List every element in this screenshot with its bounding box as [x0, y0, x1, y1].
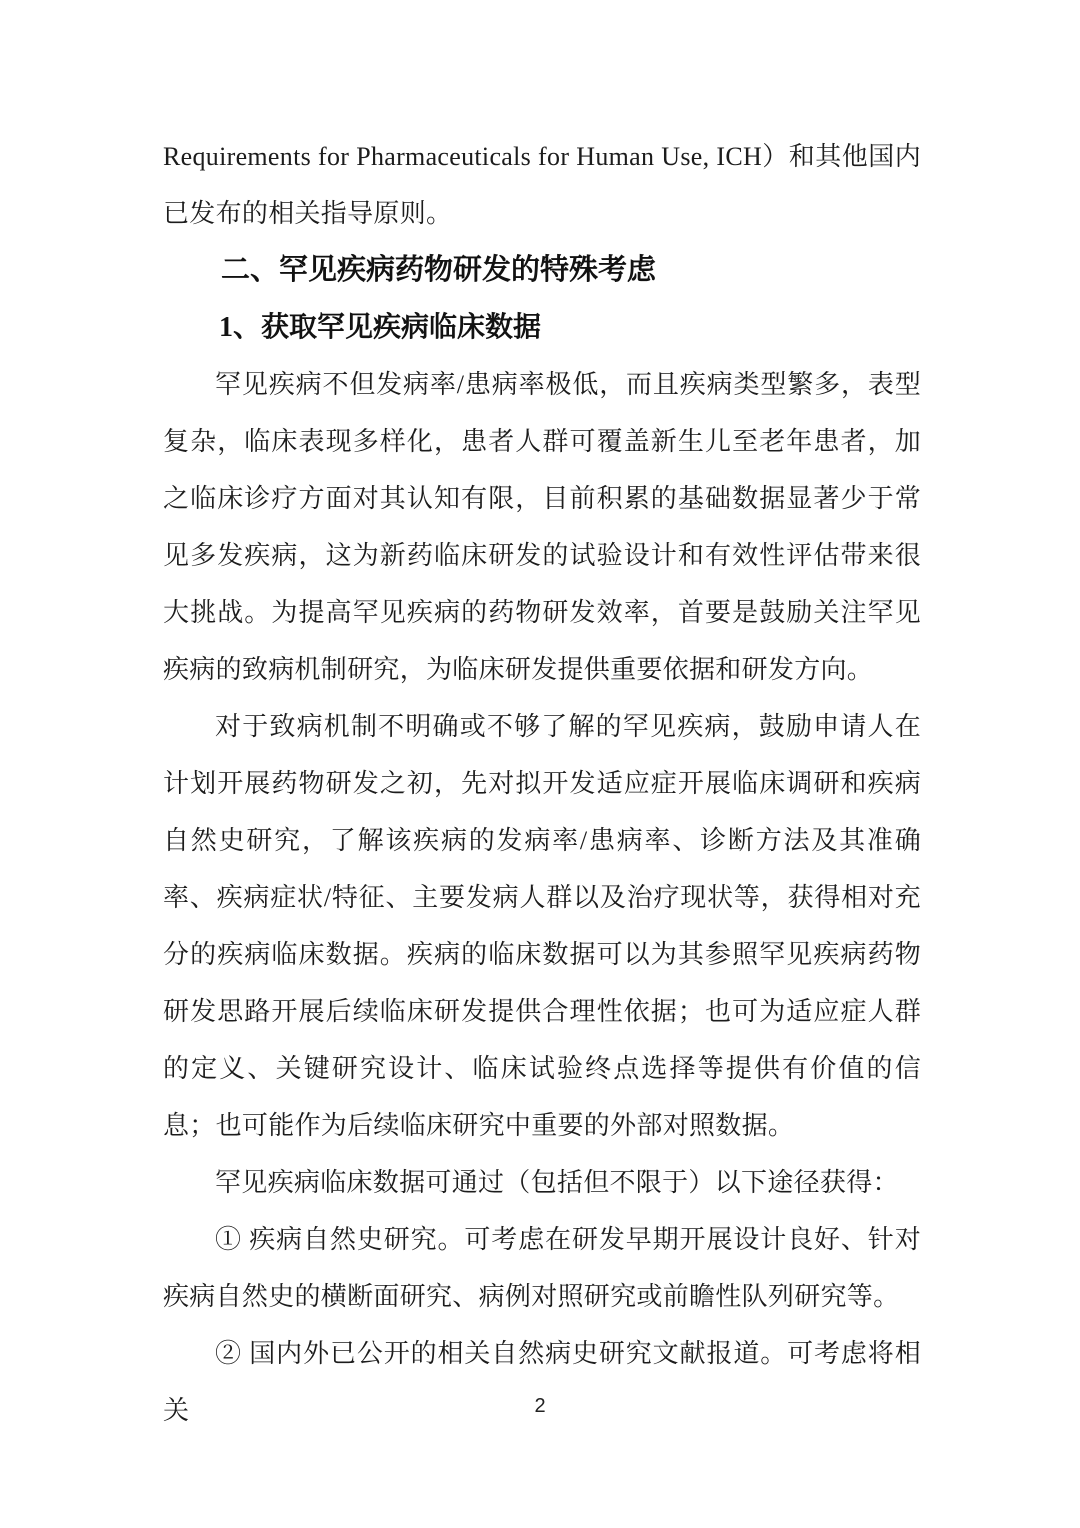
- page-number: 2: [0, 1392, 1080, 1420]
- body-paragraph-natural-history-research: 对于致病机制不明确或不够了解的罕见疾病，鼓励申请人在计划开展药物研发之初，先对拟…: [163, 698, 921, 1154]
- body-paragraph-data-sources-intro: 罕见疾病临床数据可通过（包括但不限于）以下途径获得：: [163, 1154, 921, 1211]
- document-page: Requirements for Pharmaceuticals for Hum…: [0, 0, 1080, 1528]
- paragraph-continuation: Requirements for Pharmaceuticals for Hum…: [163, 128, 921, 242]
- list-item-1-natural-history-study: ① 疾病自然史研究。可考虑在研发早期开展设计良好、针对疾病自然史的横断面研究、病…: [163, 1211, 921, 1325]
- list-item-2-published-literature: ② 国内外已公开的相关自然病史研究文献报道。可考虑将相关: [163, 1325, 921, 1439]
- subsection-heading: 1、获取罕见疾病临床数据: [163, 299, 921, 356]
- section-heading: 二、罕见疾病药物研发的特殊考虑: [163, 242, 921, 299]
- body-paragraph-clinical-data-challenge: 罕见疾病不但发病率/患病率极低，而且疾病类型繁多，表型复杂，临床表现多样化，患者…: [163, 356, 921, 698]
